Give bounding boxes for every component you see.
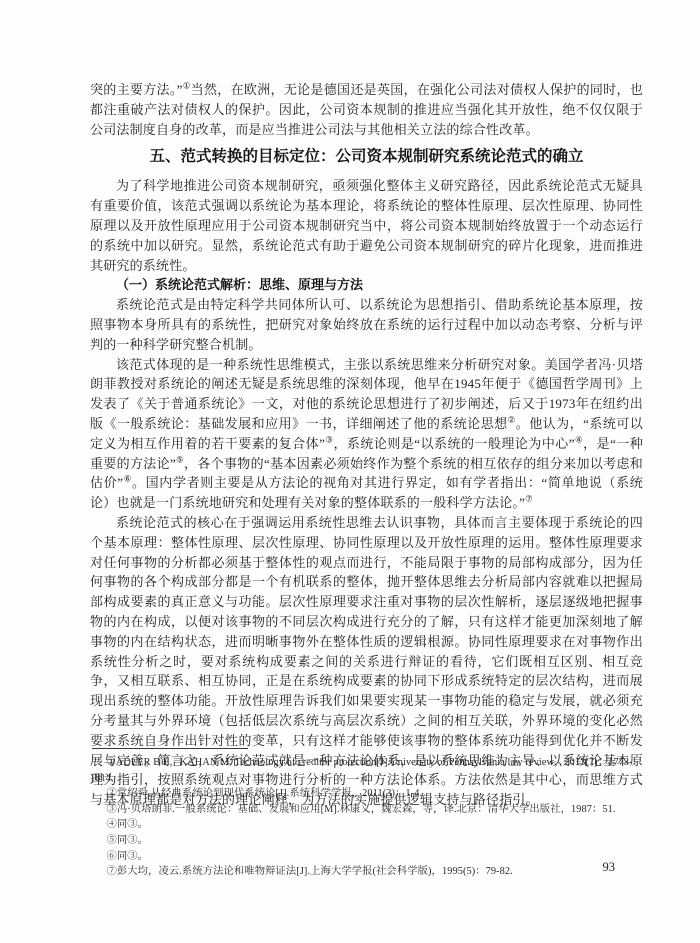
text-run: 。国内学者则主要是从方法论的视角对其进行界定，如有学者指出：“简单地说（系统论）… bbox=[90, 475, 643, 510]
footnote-list: ①ADLER B E，KAHAN M. Technology of credit… bbox=[90, 755, 643, 880]
subsection-heading: （一）系统论范式解析：思维、原理与方法 bbox=[90, 275, 643, 295]
text-run: 为了科学地推进公司资本规制研究，亟须强化整体主义研究路径，因此系统论范式无疑具有… bbox=[90, 178, 643, 272]
footnote: ⑦彭大均，凌云.系统方法论和唯物辩证法[J].上海大学学报(社会科学版)，199… bbox=[90, 864, 643, 880]
section-heading: 五、范式转换的目标定位：公司资本规制研究系统论范式的确立 bbox=[90, 146, 643, 168]
text-run: 系统论范式是由特定科学共同体所认可、以系统论为思想指引、借助系统论基本原理，按照… bbox=[90, 297, 643, 352]
footnote: ①ADLER B E，KAHAN M. Technology of credit… bbox=[90, 755, 643, 786]
footnote: ②常绍舜.从经典系统论到现代系统论[J].系统科学学报，2011(3)：1-4. bbox=[90, 786, 643, 802]
text-run: ，系统论则是“以系统的一般理论为中心” bbox=[333, 436, 574, 451]
footnote-ref-marker: ⑥ bbox=[123, 474, 132, 484]
footnote: ④同③。 bbox=[90, 817, 643, 833]
footnote-ref-marker: ④ bbox=[575, 434, 583, 444]
body-blocks: 突的主要方法。”①当然，在欧洲，无论是德国还是英国，在强化公司法对债权人保护的同… bbox=[90, 80, 643, 810]
footnote-ref-marker: ⑦ bbox=[525, 494, 533, 504]
body-paragraph: 系统论范式是由特定科学共同体所认可、以系统论为思想指引、借助系统论基本原理，按照… bbox=[90, 295, 643, 354]
body-paragraph: 为了科学地推进公司资本规制研究，亟须强化整体主义研究路径，因此系统论范式无疑具有… bbox=[90, 176, 643, 275]
footnote-ref-marker: ② bbox=[508, 415, 516, 425]
journal-page: 突的主要方法。”①当然，在欧洲，无论是德国还是英国，在强化公司法对债权人保护的同… bbox=[0, 0, 700, 943]
footnote-area: ①ADLER B E，KAHAN M. Technology of credit… bbox=[90, 748, 643, 880]
footnote-ref-marker: ① bbox=[183, 81, 191, 91]
body-paragraph: 该范式体现的是一种系统性思维模式，主张以系统思维来分析研究对象。美国学者冯·贝塔… bbox=[90, 355, 643, 513]
footnote: ⑥同③。 bbox=[90, 849, 643, 865]
text-run: 突的主要方法。” bbox=[90, 82, 183, 97]
footnote-separator bbox=[92, 748, 248, 749]
body-paragraph: 突的主要方法。”①当然，在欧洲，无论是德国还是英国，在强化公司法对债权人保护的同… bbox=[90, 80, 643, 139]
footnote: ③冯·贝塔朗菲.一般系统论：基础、发展和应用[M].林康义，魏宏森，等，译.北京… bbox=[90, 802, 643, 818]
footnote: ⑤同③。 bbox=[90, 833, 643, 849]
footnote-ref-marker: ⑤ bbox=[176, 454, 184, 464]
page-number: 93 bbox=[603, 860, 616, 875]
